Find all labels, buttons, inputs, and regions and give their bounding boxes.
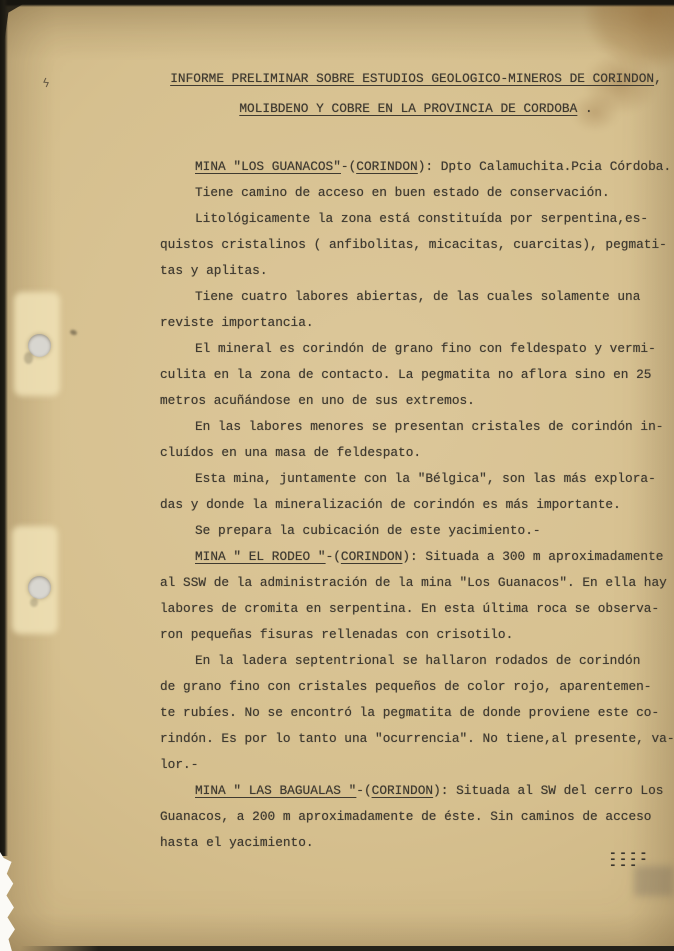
text-segment: Tiene cuatro labores abiertas, de las cu…	[195, 289, 640, 304]
text-segment: -(	[356, 783, 371, 798]
text-segment: cluídos en una masa de feldespato.	[160, 445, 421, 460]
torn-paper-corner	[0, 852, 17, 951]
text-segment: hasta el yacimiento.	[160, 835, 314, 850]
scan-edge-left	[0, 0, 8, 856]
text-segment: Se prepara la cubicación de este yacimie…	[195, 523, 541, 538]
text-segment: CORINDON	[341, 549, 402, 564]
text-segment: rindón. Es por lo tanto una "ocurrencia"…	[160, 731, 674, 746]
text-line: hasta el yacimiento.	[160, 830, 672, 856]
text-segment: .	[577, 101, 592, 116]
text-segment: das y donde la mineralización de corindó…	[160, 497, 621, 512]
text-segment: El mineral es corindón de grano fino con…	[195, 341, 656, 356]
text-line: El mineral es corindón de grano fino con…	[160, 336, 672, 362]
ink-smudge	[24, 352, 33, 364]
text-segment: MINA " EL RODEO "	[195, 549, 326, 564]
text-segment: quistos cristalinos ( anfibolitas, micac…	[160, 237, 667, 252]
scanned-document-page: ϟ INFORME PRELIMINAR SOBRE ESTUDIOS GEOL…	[0, 0, 674, 951]
text-line: tas y aplitas.	[160, 258, 672, 284]
text-segment: -(	[326, 549, 341, 564]
text-line: quistos cristalinos ( anfibolitas, micac…	[160, 232, 672, 258]
text-segment: Tiene camino de acceso en buen estado de…	[195, 185, 610, 200]
text-segment: MOLIBDENO Y COBRE EN LA PROVINCIA DE COR…	[239, 101, 577, 116]
text-segment: INFORME PRELIMINAR SOBRE ESTUDIOS GEOLOG…	[170, 71, 654, 86]
text-line: de grano fino con cristales pequeños de …	[160, 674, 672, 700]
text-segment: ): Situada al SW del cerro Los	[433, 783, 663, 798]
text-segment: CORINDON	[356, 159, 417, 174]
text-line: labores de cromita en serpentina. En est…	[160, 596, 672, 622]
text-line: lor.-	[160, 752, 672, 778]
text-segment: culita en la zona de contacto. La pegmat…	[160, 367, 651, 382]
pen-mark-icon: ϟ	[41, 76, 50, 91]
text-line: das y donde la mineralización de corindó…	[160, 492, 672, 518]
text-segment: labores de cromita en serpentina. En est…	[160, 601, 659, 616]
text-line: En las labores menores se presentan cris…	[160, 414, 672, 440]
text-line: Esta mina, juntamente con la "Bélgica", …	[160, 466, 672, 492]
scan-edge-bottom	[20, 946, 674, 951]
text-line: Litológicamente la zona está constituída…	[160, 206, 672, 232]
text-segment: ): Dpto Calamuchita.Pcia Córdoba.	[418, 159, 671, 174]
hole-punch-bottom	[28, 576, 51, 599]
title-line: MOLIBDENO Y COBRE EN LA PROVINCIA DE COR…	[160, 94, 672, 124]
text-segment: metros acuñándose en uno de sus extremos…	[160, 393, 475, 408]
text-line: reviste importancia.	[160, 310, 672, 336]
section-heading-line: MINA " LAS BAGUALAS "-(CORINDON): Situad…	[160, 778, 672, 804]
text-line: culita en la zona de contacto. La pegmat…	[160, 362, 672, 388]
text-segment: MINA " LAS BAGUALAS "	[195, 783, 356, 798]
text-line: al SSW de la administración de la mina "…	[160, 570, 672, 596]
text-segment: ,	[654, 71, 662, 86]
text-segment: lor.-	[160, 757, 198, 772]
text-segment: Litológicamente la zona está constituída…	[195, 211, 648, 226]
ink-smudge	[30, 598, 38, 607]
section-heading-line: MINA " EL RODEO "-(CORINDON): Situada a …	[160, 544, 672, 570]
text-segment: Esta mina, juntamente con la "Bélgica", …	[195, 471, 656, 486]
text-line: cluídos en una masa de feldespato.	[160, 440, 672, 466]
gray-stain-bottom-right	[634, 866, 674, 896]
text-line: Guanacos, a 200 m aproximadamente de ést…	[160, 804, 672, 830]
text-segment: ): Situada a 300 m aproximadamente	[402, 549, 663, 564]
text-segment: de grano fino con cristales pequeños de …	[160, 679, 651, 694]
text-line: te rubíes. No se encontró la pegmatita d…	[160, 700, 672, 726]
text-segment: ron pequeñas fisuras rellenadas con cris…	[160, 627, 513, 642]
scan-edge-top	[0, 0, 674, 7]
text-segment: reviste importancia.	[160, 315, 314, 330]
text-segment: CORINDON	[372, 783, 433, 798]
text-segment: MINA "LOS GUANACOS"	[195, 159, 341, 174]
title-line: INFORME PRELIMINAR SOBRE ESTUDIOS GEOLOG…	[160, 64, 672, 94]
section-heading-line: MINA "LOS GUANACOS"-(CORINDON): Dpto Cal…	[160, 154, 672, 180]
text-segment: al SSW de la administración de la mina "…	[160, 575, 667, 590]
text-segment: -(	[341, 159, 356, 174]
text-segment: te rubíes. No se encontró la pegmatita d…	[160, 705, 659, 720]
document-text: INFORME PRELIMINAR SOBRE ESTUDIOS GEOLOG…	[160, 64, 672, 856]
text-line: Tiene camino de acceso en buen estado de…	[160, 180, 672, 206]
text-line: En la ladera septentrional se hallaron r…	[160, 648, 672, 674]
text-line: metros acuñándose en uno de sus extremos…	[160, 388, 672, 414]
text-segment: En la ladera septentrional se hallaron r…	[195, 653, 640, 668]
text-line: ron pequeñas fisuras rellenadas con cris…	[160, 622, 672, 648]
text-line: rindón. Es por lo tanto una "ocurrencia"…	[160, 726, 672, 752]
ink-smudge	[69, 329, 77, 336]
text-line: Se prepara la cubicación de este yacimie…	[160, 518, 672, 544]
text-segment: Guanacos, a 200 m aproximadamente de ést…	[160, 809, 651, 824]
text-line: Tiene cuatro labores abiertas, de las cu…	[160, 284, 672, 310]
text-segment: En las labores menores se presentan cris…	[195, 419, 663, 434]
text-segment: tas y aplitas.	[160, 263, 268, 278]
